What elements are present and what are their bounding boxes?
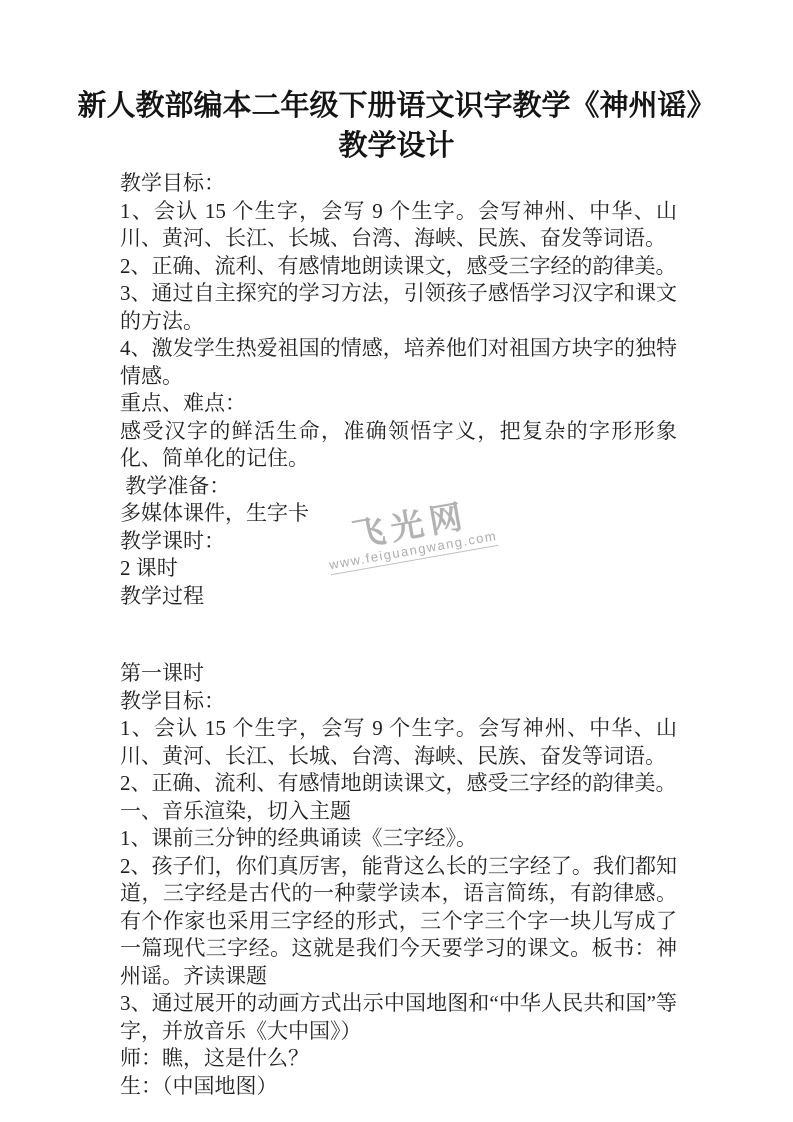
paragraph-activity-step-2: 2、孩子们，你们真厉害，能背这么长的三字经了。我们都知道，三字经是古代的一种蒙学…	[120, 853, 677, 991]
paragraph-lesson1-goal-2: 2、正确、流利、有感情地朗读课文，感受三字经的韵律美。	[120, 770, 677, 798]
title-line-2: 教学设计	[56, 126, 737, 166]
paragraph-lesson1-goal-1: 1、会认 15 个生字，会写 9 个生字。会写神州、中华、山川、黄河、长江、长城…	[120, 715, 677, 770]
overview-section: 教学目标： 1、会认 15 个生字，会写 9 个生字。会写神州、中华、山川、黄河…	[120, 170, 677, 610]
paragraph-lesson1-heading: 第一课时	[120, 660, 677, 688]
paragraph-goal-3: 3、通过自主探究的学习方法，引领孩子感悟学习汉字和课文的方法。	[120, 280, 677, 335]
paragraph-preparation: 多媒体课件，生字卡	[120, 500, 677, 528]
paragraph-preparation-heading: 教学准备：	[120, 473, 677, 501]
title-line-1: 新人教部编本二年级下册语文识字教学《神州谣》	[56, 86, 737, 126]
paragraph-lesson1-goals-heading: 教学目标：	[120, 688, 677, 716]
paragraph-class-hours: 2 课时	[120, 555, 677, 583]
paragraph-key-points-heading: 重点、难点：	[120, 390, 677, 418]
paragraph-goal-2: 2、正确、流利、有感情地朗读课文，感受三字经的韵律美。	[120, 253, 677, 281]
paragraph-goal-4: 4、激发学生热爱祖国的情感，培养他们对祖国方块字的独特情感。	[120, 335, 677, 390]
paragraph-activity-step-3: 3、通过展开的动画方式出示中国地图和“中华人民共和国”等字，并放音乐《大中国》）	[120, 990, 677, 1045]
paragraph-process-heading: 教学过程	[120, 583, 677, 611]
paragraph-student-line: 生：（中国地图）	[120, 1073, 677, 1101]
document-title: 新人教部编本二年级下册语文识字教学《神州谣》 教学设计	[56, 86, 737, 166]
paragraph-goal-1: 1、会认 15 个生字，会写 9 个生字。会写神州、中华、山川、黄河、长江、长城…	[120, 198, 677, 253]
paragraph-teacher-line: 师：瞧，这是什么？	[120, 1045, 677, 1073]
paragraph-class-hours-heading: 教学课时：	[120, 528, 677, 556]
paragraph-teaching-goals-heading: 教学目标：	[120, 170, 677, 198]
lesson1-section: 第一课时 教学目标： 1、会认 15 个生字，会写 9 个生字。会写神州、中华、…	[120, 660, 677, 1100]
paragraph-key-points: 感受汉字的鲜活生命，准确领悟字义，把复杂的字形形象化、简单化的记住。	[120, 418, 677, 473]
paragraph-activity-step-1: 1、课前三分钟的经典诵读《三字经》。	[120, 825, 677, 853]
document-page: 飞光网 www.feiguangwang.com 新人教部编本二年级下册语文识字…	[0, 0, 793, 1122]
paragraph-activity-1-heading: 一、音乐渲染，切入主题	[120, 798, 677, 826]
